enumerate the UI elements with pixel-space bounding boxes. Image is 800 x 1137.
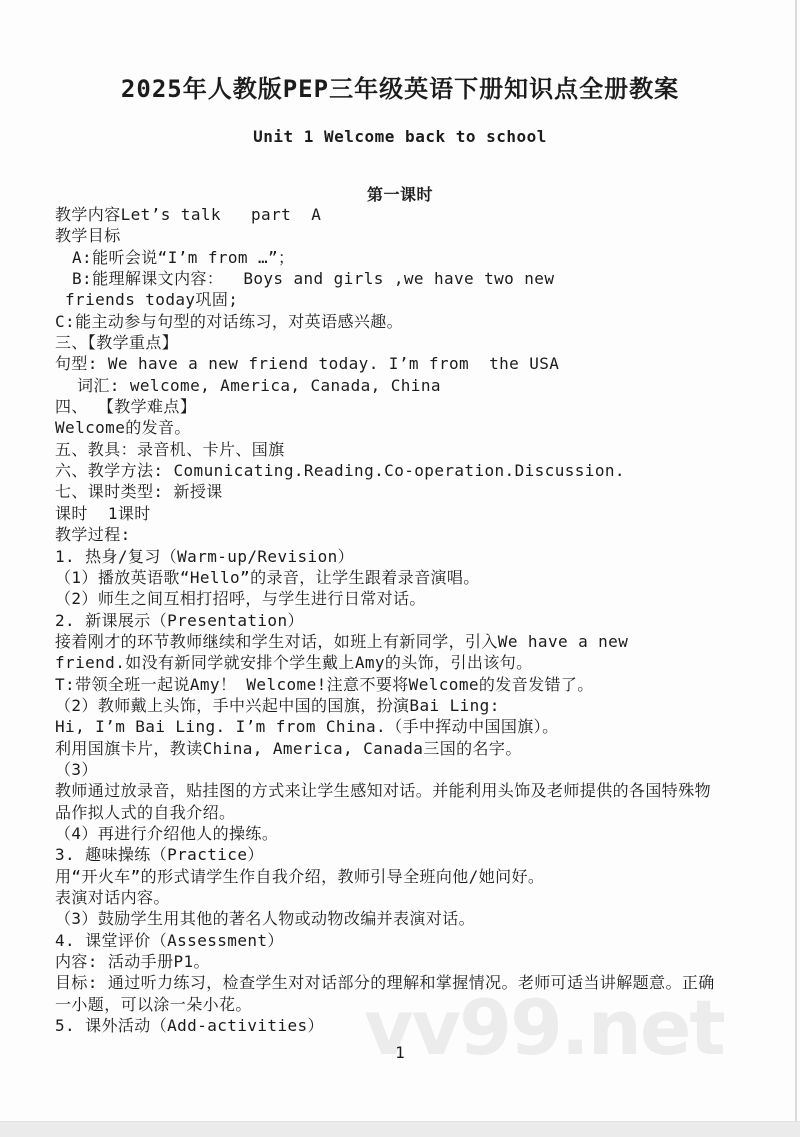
- body-line: 教学过程:: [55, 524, 765, 545]
- document-title: 2025年人教版PEP三年级英语下册知识点全册教案: [0, 69, 800, 104]
- body-line: T:带领全班一起说Amy！ Welcome!注意不要将Welcome的发音发错了…: [55, 674, 765, 695]
- body-line: 4. 课堂评价（Assessment）: [55, 930, 765, 951]
- body-line: （2）教师戴上头饰，手中兴起中国的国旗，扮演Bai Ling:: [55, 695, 765, 716]
- body-line: 句型: We have a new friend today. I’m from…: [55, 353, 765, 374]
- page-right-edge: [795, 0, 797, 1122]
- body-line: A:能听会说“I’m from …”；: [55, 247, 765, 268]
- body-line: （3）: [55, 759, 765, 780]
- body-line: （4）再进行介绍他人的操练。: [55, 823, 765, 844]
- body-line: friends today巩固;: [55, 289, 765, 310]
- body-line: friend.如没有新同学就安排个学生戴上Amy的头饰，引出该句。: [55, 652, 765, 673]
- unit-heading: Unit 1 Welcome back to school: [0, 127, 800, 146]
- body-line: 接着刚才的环节教师继续和学生对话，如班上有新同学，引入We have a new: [55, 631, 765, 652]
- body-line: 词汇: welcome, America, Canada, China: [55, 375, 765, 396]
- body-line: 目标: 通过听力练习，检查学生对对话部分的理解和掌握情况。老师可适当讲解题意。正…: [55, 972, 765, 993]
- body-line: 5. 课外活动（Add-activities）: [55, 1015, 765, 1036]
- body-line: 2. 新课展示（Presentation）: [55, 610, 765, 631]
- body-line: Hi, I’m Bai Ling. I’m from China.（手中挥动中国…: [55, 716, 765, 737]
- body-line: 教学目标: [55, 225, 765, 246]
- body-line: 利用国旗卡片，教读China, America, Canada三国的名字。: [55, 738, 765, 759]
- body-line: 三、【教学重点】: [55, 332, 765, 353]
- body-line: 教学内容Let’s talk part A: [55, 204, 765, 225]
- lesson-heading: 第一课时: [0, 182, 800, 205]
- document-page: vv99.net 2025年人教版PEP三年级英语下册知识点全册教案 Unit …: [0, 0, 800, 1137]
- body-line: 内容: 活动手册P1。: [55, 951, 765, 972]
- body-line: 1. 热身/复习（Warm-up/Revision）: [55, 546, 765, 567]
- page-number: 1: [0, 1043, 800, 1062]
- document-body: 教学内容Let’s talk part A教学目标A:能听会说“I’m from…: [55, 204, 765, 1036]
- body-line: 一小题，可以涂一朵小花。: [55, 994, 765, 1015]
- body-line: 品作拟人式的自我介绍。: [55, 802, 765, 823]
- body-line: （1）播放英语歌“Hello”的录音，让学生跟着录音演唱。: [55, 567, 765, 588]
- body-line: 五、教具：录音机、卡片、国旗: [55, 439, 765, 460]
- body-line: （3）鼓励学生用其他的著名人物或动物改编并表演对话。: [55, 908, 765, 929]
- body-line: 教师通过放录音，贴挂图的方式来让学生感知对话。并能利用头饰及老师提供的各国特殊物: [55, 780, 765, 801]
- body-line: 六、教学方法: Comunicating.Reading.Co-operatio…: [55, 460, 765, 481]
- body-line: Welcome的发音。: [55, 417, 765, 438]
- body-line: 表演对话内容。: [55, 887, 765, 908]
- body-line: C:能主动参与句型的对话练习，对英语感兴趣。: [55, 311, 765, 332]
- page-bottom-strip: [0, 1121, 800, 1137]
- body-line: 3. 趣味操练（Practice）: [55, 844, 765, 865]
- body-line: 用“开火车”的形式请学生作自我介绍，教师引导全班向他/她问好。: [55, 866, 765, 887]
- body-line: 七、课时类型: 新授课: [55, 481, 765, 502]
- body-line: （2）师生之间互相打招呼，与学生进行日常对话。: [55, 588, 765, 609]
- body-line: 课时 1课时: [55, 503, 765, 524]
- body-line: 四、 【教学难点】: [55, 396, 765, 417]
- body-line: B:能理解课文内容： Boys and girls ,we have two n…: [55, 268, 765, 289]
